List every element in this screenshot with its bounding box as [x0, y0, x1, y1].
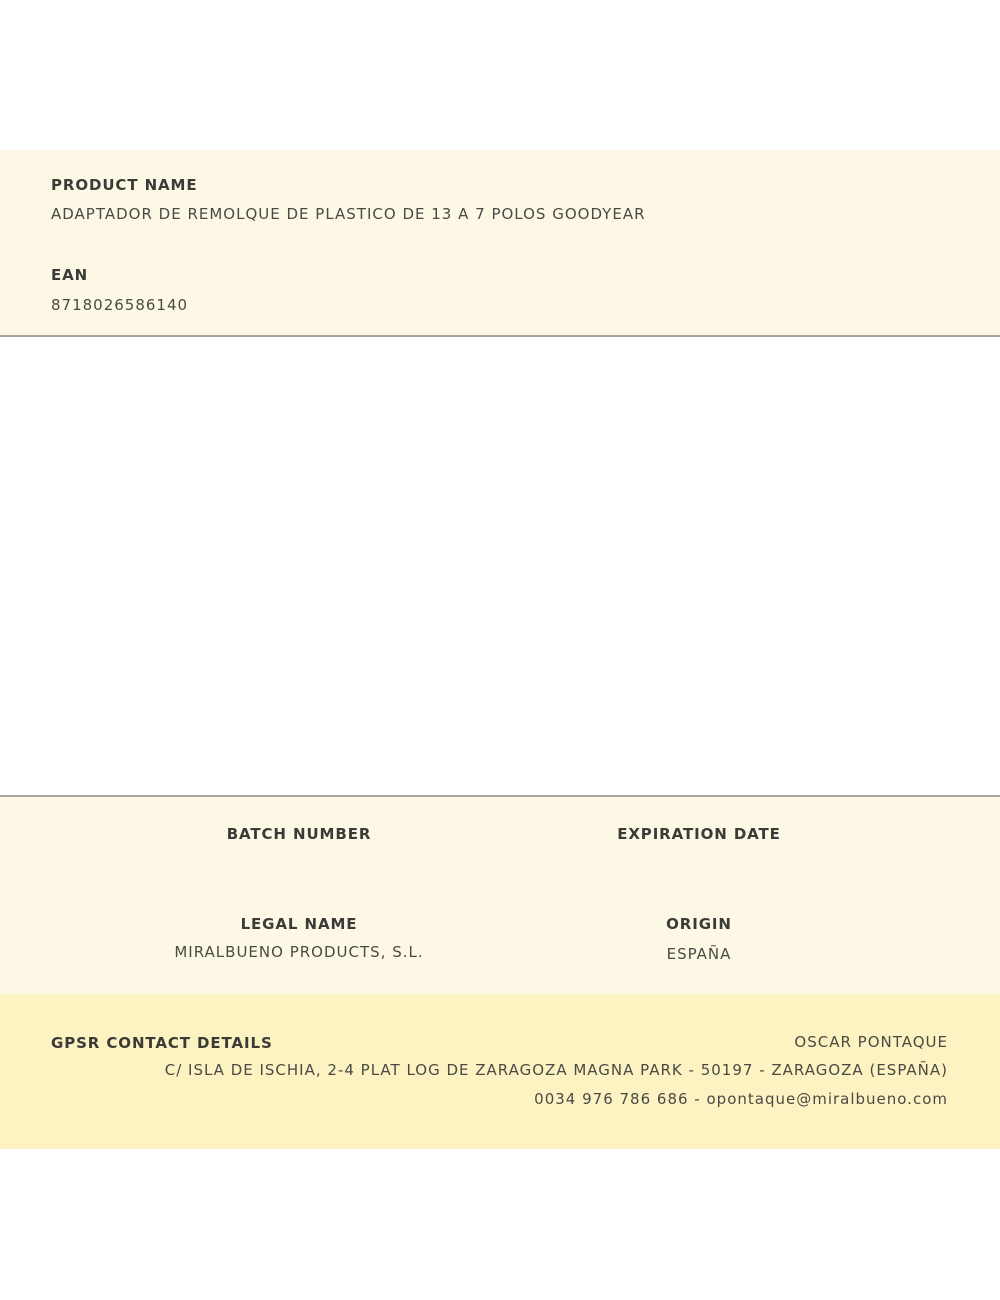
- gpsr-contact-name: OSCAR PONTAQUE: [794, 1033, 948, 1051]
- origin-value: ESPAÑA: [667, 945, 732, 963]
- batch-details-panel: BATCH NUMBER EXPIRATION DATE LEGAL NAME …: [0, 795, 1000, 996]
- gpsr-phone-email: 0034 976 786 686 - opontaque@miralbueno.…: [534, 1090, 948, 1108]
- ean-value: 8718026586140: [51, 296, 188, 314]
- ean-label: EAN: [51, 266, 88, 284]
- expiration-date-label: EXPIRATION DATE: [617, 825, 781, 843]
- legal-name-value: MIRALBUENO PRODUCTS, S.L.: [174, 943, 423, 961]
- gpsr-contact-label: GPSR CONTACT DETAILS: [51, 1034, 273, 1052]
- product-name-value: ADAPTADOR DE REMOLQUE DE PLASTICO DE 13 …: [51, 205, 646, 223]
- product-info-panel: PRODUCT NAME ADAPTADOR DE REMOLQUE DE PL…: [0, 150, 1000, 337]
- batch-number-label: BATCH NUMBER: [227, 825, 372, 843]
- legal-name-label: LEGAL NAME: [241, 915, 358, 933]
- product-name-label: PRODUCT NAME: [51, 176, 198, 194]
- origin-label: ORIGIN: [666, 915, 732, 933]
- gpsr-contact-panel: GPSR CONTACT DETAILS OSCAR PONTAQUE C/ I…: [0, 994, 1000, 1149]
- gpsr-address: C/ ISLA DE ISCHIA, 2-4 PLAT LOG DE ZARAG…: [165, 1061, 948, 1079]
